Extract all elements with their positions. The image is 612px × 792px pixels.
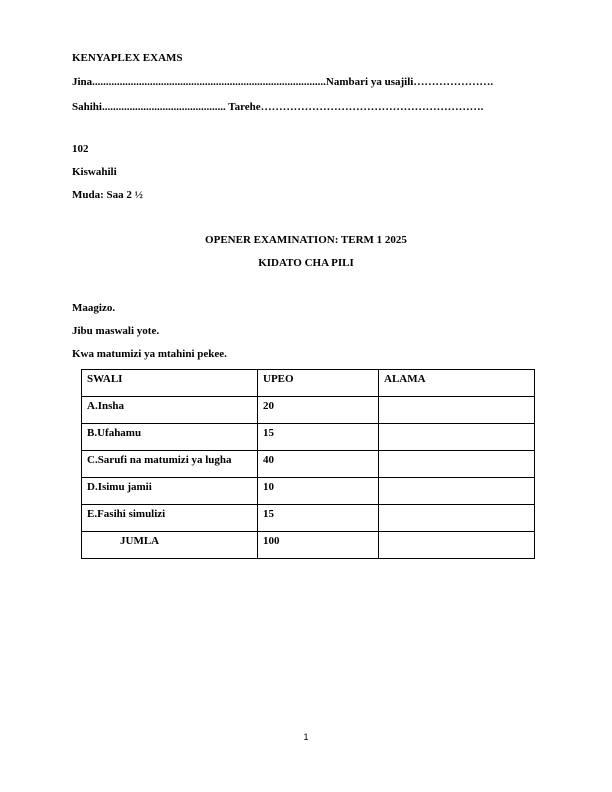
upeo-cell: 15 [258, 505, 379, 532]
swali-cell: E.Fasihi simulizi [82, 505, 258, 532]
org-name: KENYAPLEX EXAMS [72, 52, 183, 64]
table-total-row: JUMLA 100 [82, 532, 535, 559]
table-header-row: SWALI UPEO ALAMA [82, 370, 535, 397]
paper-code: 102 [72, 143, 89, 155]
alama-cell[interactable] [379, 397, 535, 424]
header-upeo: UPEO [258, 370, 379, 397]
table-row: E.Fasihi simulizi 15 [82, 505, 535, 532]
alama-cell[interactable] [379, 478, 535, 505]
name-regno-line: Jina....................................… [72, 76, 493, 88]
total-alama[interactable] [379, 532, 535, 559]
subject: Kiswahili [72, 166, 117, 178]
exam-title: OPENER EXAMINATION: TERM 1 2025 [0, 234, 612, 246]
instruction-line: Jibu maswali yote. [72, 325, 159, 337]
alama-cell[interactable] [379, 505, 535, 532]
table-row: D.Isimu jamii 10 [82, 478, 535, 505]
form-title: KIDATO CHA PILI [0, 257, 612, 269]
total-upeo: 100 [258, 532, 379, 559]
upeo-cell: 10 [258, 478, 379, 505]
header-swali: SWALI [82, 370, 258, 397]
examiner-use-label: Kwa matumizi ya mtahini pekee. [72, 348, 227, 360]
upeo-cell: 40 [258, 451, 379, 478]
signature-date-line: Sahihi..................................… [72, 101, 483, 113]
total-label: JUMLA [82, 532, 258, 559]
header-alama: ALAMA [379, 370, 535, 397]
duration: Muda: Saa 2 ½ [72, 189, 143, 201]
swali-cell: C.Sarufi na matumizi ya lugha [82, 451, 258, 478]
swali-cell: A.Insha [82, 397, 258, 424]
page-number: 1 [0, 732, 612, 742]
table-row: A.Insha 20 [82, 397, 535, 424]
swali-cell: B.Ufahamu [82, 424, 258, 451]
instructions-heading: Maagizo. [72, 302, 115, 314]
table-row: C.Sarufi na matumizi ya lugha 40 [82, 451, 535, 478]
upeo-cell: 15 [258, 424, 379, 451]
upeo-cell: 20 [258, 397, 379, 424]
alama-cell[interactable] [379, 424, 535, 451]
swali-cell: D.Isimu jamii [82, 478, 258, 505]
table-row: B.Ufahamu 15 [82, 424, 535, 451]
marks-table: SWALI UPEO ALAMA A.Insha 20 B.Ufahamu 15… [81, 369, 535, 559]
alama-cell[interactable] [379, 451, 535, 478]
